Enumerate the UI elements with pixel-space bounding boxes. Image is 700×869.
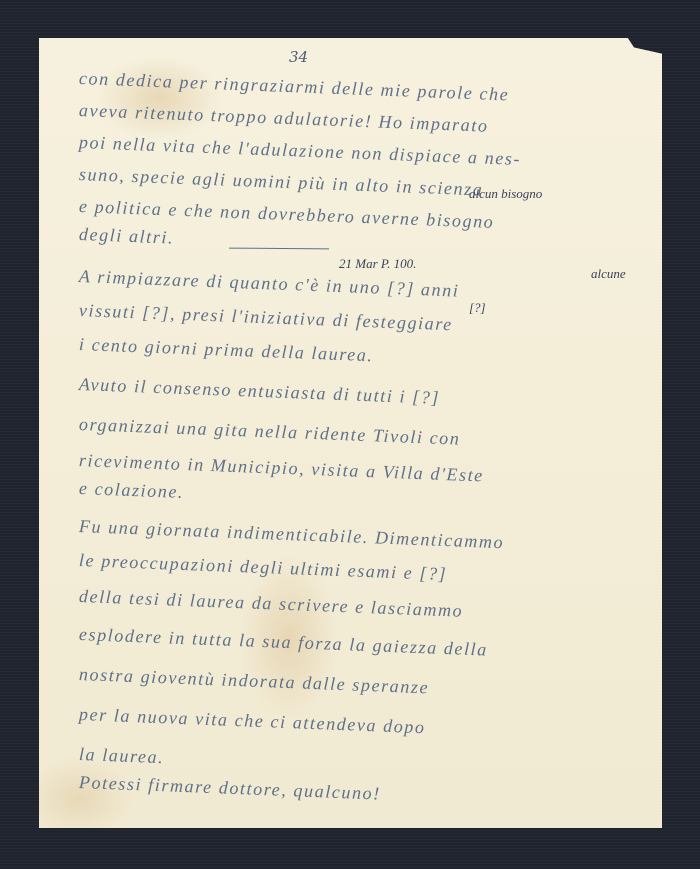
text-line: le preoccupazioni degli ultimi esami e [… bbox=[79, 550, 639, 592]
page-number: 34 bbox=[289, 48, 308, 66]
text-line: nostra gioventù indorata dalle speranze bbox=[79, 664, 639, 706]
text-line: Avuto il consenso entusiasta di tutti i … bbox=[79, 374, 639, 416]
margin-note: 21 Mar P. 100. bbox=[339, 256, 416, 272]
manuscript-sheet: 34 con dedica per ringraziarmi delle mie… bbox=[39, 38, 662, 828]
annotation: alcun bisogno bbox=[469, 186, 542, 202]
text-line: Fu una giornata indimenticabile. Dimenti… bbox=[79, 516, 639, 558]
text-line: della tesi di laurea da scrivere e lasci… bbox=[79, 586, 639, 628]
text-line: i cento giorni prima della laurea. bbox=[79, 334, 639, 376]
text-line: organizzai una gita nella ridente Tivoli… bbox=[79, 414, 639, 456]
text-line: esplodere in tutta la sua forza la gaiez… bbox=[79, 624, 639, 666]
annotation: [?] bbox=[469, 300, 486, 316]
annotation: alcune bbox=[591, 266, 626, 282]
text-line: vissuti [?], presi l'iniziativa di feste… bbox=[79, 300, 639, 342]
text-line: A rimpiazzare di quanto c'è in uno [?] a… bbox=[79, 266, 639, 308]
text-line: per la nuova vita che ci attendeva dopo bbox=[79, 704, 639, 746]
